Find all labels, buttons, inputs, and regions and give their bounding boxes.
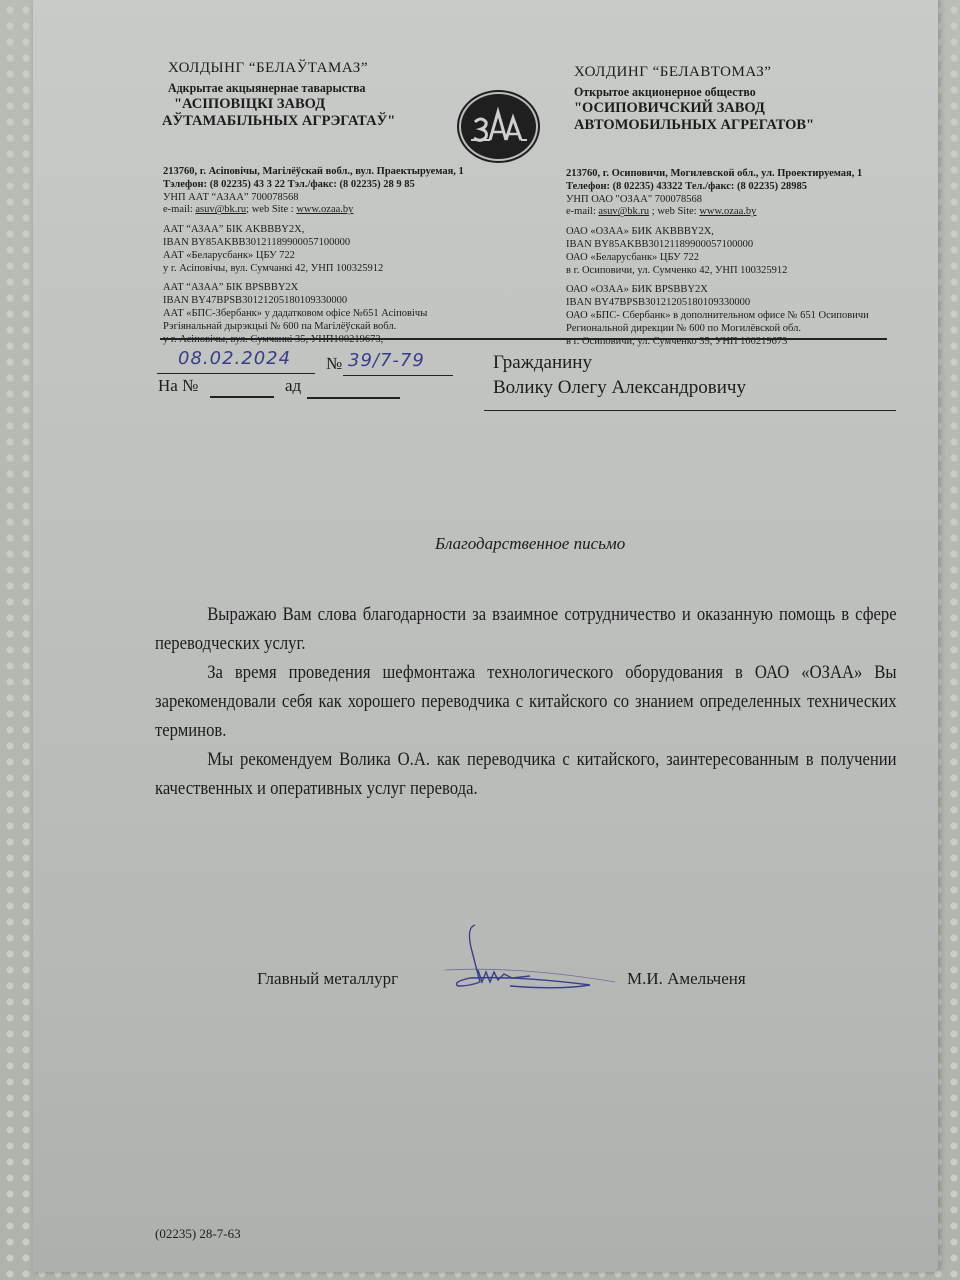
bank1-line: ОАО «Беларусбанк» ЦБУ 722: [566, 252, 869, 265]
web-link-ru[interactable]: www.ozaa.by: [699, 206, 756, 217]
email-web-by: e-mail: asuv@bk.ru; web Site : www.ozaa.…: [163, 204, 464, 217]
holding-name-by: ХОЛДЫНГ “БЕЛАЎТАМАЗ”: [168, 60, 395, 77]
number-handwritten: 39/7-79: [348, 350, 425, 371]
addressee-line2: Волику Олегу Александровичу: [493, 375, 746, 400]
reply-number-line: [210, 396, 274, 398]
addressee-line1: Гражданину: [493, 350, 746, 375]
contacts-left: 213760, г. Асіповічы, Магілёўскай вобл.,…: [163, 166, 464, 346]
org-type-ru: Открытое акционерное общество: [574, 84, 795, 100]
letter-body: Выражаю Вам слова благодарности за взаим…: [155, 601, 897, 804]
letterhead-right: ХОЛДИНГ “БЕЛАВТОМАЗ” Открытое акционерно…: [574, 64, 814, 134]
addressee: Гражданину Волику Олегу Александровичу: [493, 350, 746, 400]
bank2-line: IBAN BY47BPSB30121205180109330000: [163, 295, 464, 308]
bank1-line: ААТ “АЗАА” БІК AKBBBY2X,: [163, 224, 464, 237]
ozaa-logo-icon: [459, 92, 538, 161]
bank2-line: Рэгіянальнай дырэкцыі № 600 па Магілёўск…: [163, 321, 464, 334]
letterhead-divider: [160, 338, 887, 340]
footer-phone: (02235) 28-7-63: [155, 1226, 241, 1242]
bank2-line: ААТ «БПС-Збербанк» у дадатковом офісе №6…: [163, 308, 464, 321]
letter-title: Благодарственное письмо: [435, 534, 625, 554]
contacts-right: 213760, г. Осиповичи, Могилевской обл., …: [566, 168, 869, 348]
holding-name-ru: ХОЛДИНГ “БЕЛАВТОМАЗ”: [574, 64, 814, 81]
bank1-line: ОАО «ОЗАА» БИК AKBBBY2X,: [566, 226, 869, 239]
email-link-by[interactable]: asuv@bk.ru: [195, 204, 246, 215]
bank1-line: ААТ «Беларусбанк» ЦБУ 722: [163, 250, 464, 263]
addressee-line: [484, 410, 896, 411]
company-name-by-line2: АЎТАМАБІЛЬНЫХ АГРЭГАТАЎ": [162, 113, 395, 130]
unp-by: УНП ААТ “АЗАА” 700078568: [163, 192, 464, 205]
bank2-line: Региональной дирекции № 600 по Могилёвск…: [566, 323, 869, 336]
bank1-line: IBAN BY85AKBB30121189900057100000: [163, 237, 464, 250]
web-link-by[interactable]: www.ozaa.by: [296, 204, 353, 215]
paragraph: Мы рекомендуем Волика О.А. как переводчи…: [155, 746, 897, 804]
bank2-line: у г. Асіповічы, вул. Сумчанкі 35, УНП100…: [163, 334, 464, 347]
address-by: 213760, г. Асіповічы, Магілёўскай вобл.,…: [163, 166, 464, 179]
company-name-ru-line2: АВТОМОБИЛЬНЫХ АГРЕГАТОВ": [574, 117, 814, 134]
logo-glyph-icon: [461, 94, 536, 159]
signature-icon: [440, 920, 620, 995]
company-name-by-line1: "АСІПОВІЦКІ ЗАВОД: [174, 96, 395, 113]
date-line: [157, 373, 315, 374]
bank1-line: в г. Осиповичи, ул. Сумченко 42, УНП 100…: [566, 265, 869, 278]
paragraph: За время проведения шефмонтажа технологи…: [155, 659, 897, 746]
reply-from-line: [307, 397, 400, 399]
bank2-line: ААТ “АЗАА” БІК BPSBBY2X: [163, 282, 464, 295]
number-label: №: [326, 354, 342, 374]
unp-ru: УНП ОАО "ОЗАА" 700078568: [566, 194, 869, 207]
bank2-line: ОАО «БПС- Сбербанк» в дополнительном офи…: [566, 310, 869, 323]
company-name-ru-line1: "ОСИПОВИЧСКИЙ ЗАВОД: [574, 100, 814, 117]
signer-position: Главный металлург: [257, 969, 398, 989]
bank1-line: у г. Асіповічы, вул. Сумчанкі 42, УНП 10…: [163, 263, 464, 276]
bank2-line: ОАО «ОЗАА» БИК BPSBBY2X: [566, 284, 869, 297]
phone-by: Тэлефон: (8 02235) 43 3 22 Тэл./факс: (8…: [163, 179, 464, 192]
email-web-ru: e-mail: asuv@bk.ru ; web Site: www.ozaa.…: [566, 206, 869, 219]
email-link-ru[interactable]: asuv@bk.ru: [598, 206, 649, 217]
date-handwritten: 08.02.2024: [178, 348, 291, 369]
phone-ru: Телефон: (8 02235) 43322 Тел./факс: (8 0…: [566, 181, 869, 194]
reply-from-label: ад: [285, 376, 301, 396]
address-ru: 213760, г. Осиповичи, Могилевской обл., …: [566, 168, 869, 181]
signer-name: М.И. Амельченя: [627, 969, 746, 989]
org-type-by: Адкрытае акцыянернае таварыства: [168, 80, 377, 96]
letterhead-left: ХОЛДЫНГ “БЕЛАЎТАМАЗ” Адкрытае акцыянерна…: [168, 60, 395, 130]
number-line: [343, 375, 453, 376]
bank1-line: IBAN BY85AKBB30121189900057100000: [566, 239, 869, 252]
paragraph: Выражаю Вам слова благодарности за взаим…: [155, 601, 897, 659]
bank2-line: IBAN BY47BPSB30121205180109330000: [566, 297, 869, 310]
reply-number-label: На №: [158, 376, 198, 396]
